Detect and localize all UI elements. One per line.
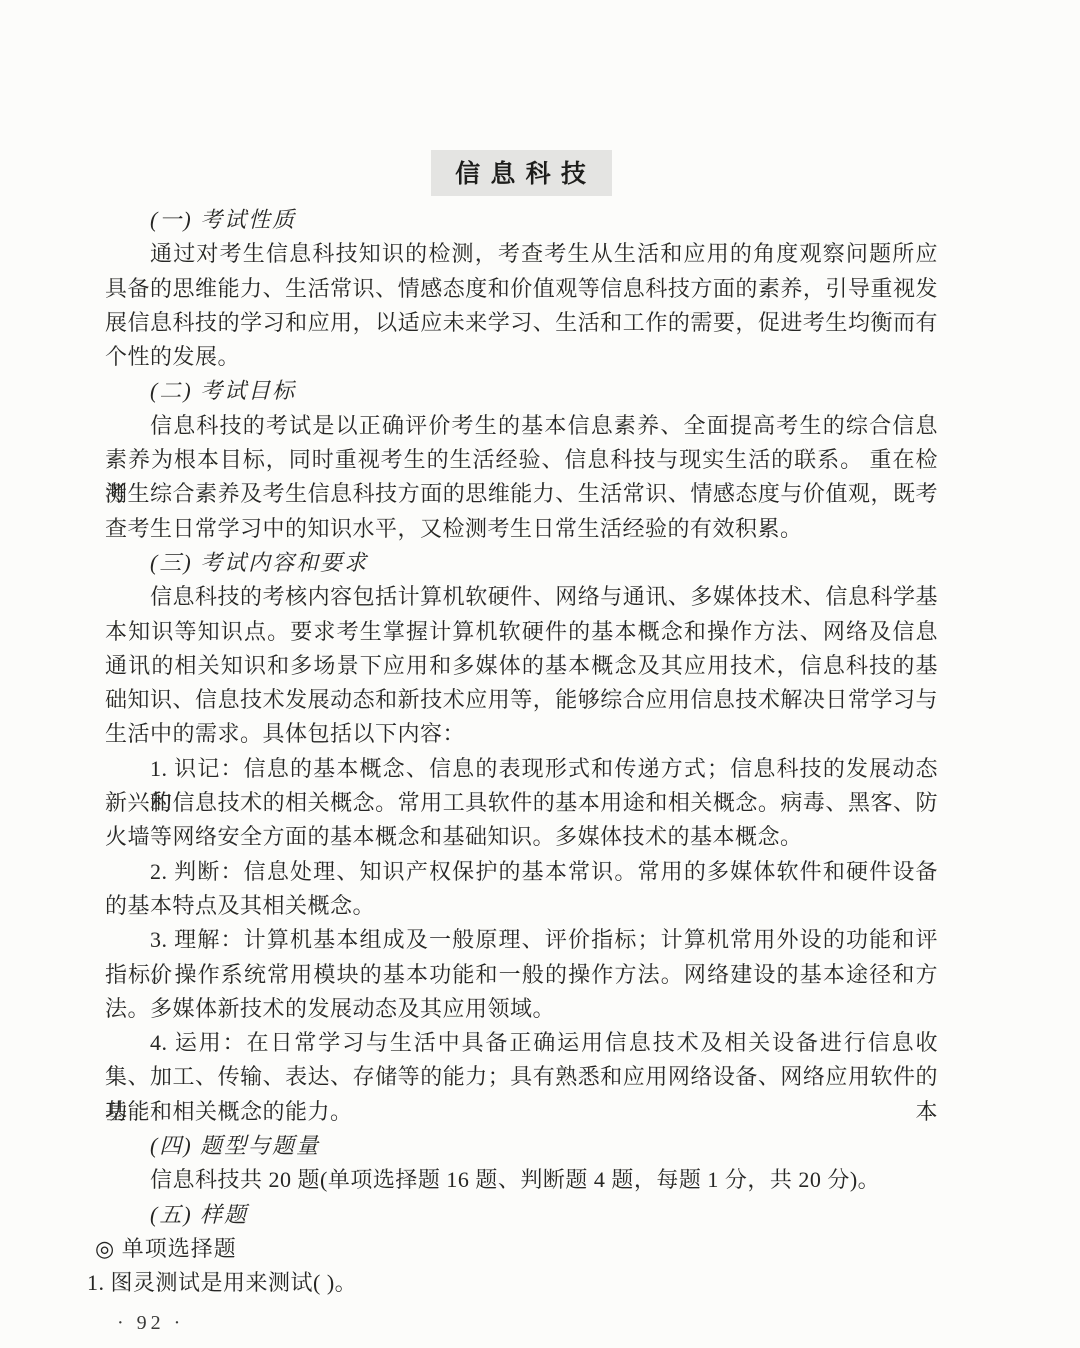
text-line: 新兴的信息技术的相关概念。常用工具软件的基本用途和相关概念。病毒、黑客、防 xyxy=(105,786,938,820)
document-page: 信 息 科 技 (一) 考试性质 通过对考生信息科技知识的检测，考查考生从生活和… xyxy=(0,0,1080,1348)
text-line: 查考生日常学习中的知识水平，又检测考生日常生活经验的有效积累。 xyxy=(105,512,938,546)
text-line: 4. 运用：在日常学习与生活中具备正确运用信息技术及相关设备进行信息收 xyxy=(105,1026,938,1060)
section-heading: (五) 样题 xyxy=(105,1198,938,1232)
text-line: 素养为根本目标，同时重视考生的生活经验、信息科技与现实生活的联系。 重在检测 xyxy=(105,443,938,477)
text-line: 3. 理解：计算机基本组成及一般原理、评价指标；计算机常用外设的功能和评价 xyxy=(105,923,938,957)
text-line: 展信息科技的学习和应用，以适应未来学习、生活和工作的需要，促进考生均衡而有 xyxy=(105,306,938,340)
text-line: 通过对考生信息科技知识的检测，考查考生从生活和应用的角度观察问题所应 xyxy=(105,237,938,271)
chapter-title: 信 息 科 技 xyxy=(431,150,612,196)
text-line: 1. 识记：信息的基本概念、信息的表现形式和传递方式；信息科技的发展动态和 xyxy=(105,752,938,786)
section-heading: (四) 题型与题量 xyxy=(105,1129,938,1163)
text-line: 2. 判断：信息处理、知识产权保护的基本常识。常用的多媒体软件和硬件设备 xyxy=(105,855,938,889)
question-type-marker: ◎ 单项选择题 xyxy=(95,1232,938,1266)
section-heading: (二) 考试目标 xyxy=(105,374,938,408)
body-text: (一) 考试性质 通过对考生信息科技知识的检测，考查考生从生活和应用的角度观察问… xyxy=(105,203,938,1301)
text-line: 信息科技的考核内容包括计算机软硬件、网络与通讯、多媒体技术、信息科学基 xyxy=(105,580,938,614)
content-column: 信 息 科 技 (一) 考试性质 通过对考生信息科技知识的检测，考查考生从生活和… xyxy=(105,0,938,1301)
page-number: · 92 · xyxy=(117,1312,184,1335)
text-line: 个性的发展。 xyxy=(105,340,938,374)
text-line: 的基本特点及其相关概念。 xyxy=(105,889,938,923)
text-line: 具备的思维能力、生活常识、情感态度和价值观等信息科技方面的素养，引导重视发 xyxy=(105,272,938,306)
text-line: 生活中的需求。具体包括以下内容： xyxy=(105,717,938,751)
text-line: 础知识、信息技术发展动态和新技术应用等，能够综合应用信息技术解决日常学习与 xyxy=(105,683,938,717)
text-line: 火墙等网络安全方面的基本概念和基础知识。多媒体技术的基本概念。 xyxy=(105,820,938,854)
section-heading: (一) 考试性质 xyxy=(105,203,938,237)
text-line: 法。多媒体新技术的发展动态及其应用领域。 xyxy=(105,992,938,1026)
section-heading: (三) 考试内容和要求 xyxy=(105,546,938,580)
text-line: 本知识等知识点。要求考生掌握计算机软硬件的基本概念和操作方法、网络及信息 xyxy=(105,615,938,649)
text-line: 信息科技的考试是以正确评价考生的基本信息素养、全面提高考生的综合信息 xyxy=(105,409,938,443)
text-line: 信息科技共 20 题(单项选择题 16 题、判断题 4 题，每题 1 分，共 2… xyxy=(105,1163,938,1197)
text-line: 集、加工、传输、表达、存储等的能力；具有熟悉和应用网络设备、网络应用软件的基本 xyxy=(105,1060,938,1094)
text-line: 指标。操作系统常用模块的基本功能和一般的操作方法。网络建设的基本途径和方 xyxy=(105,958,938,992)
text-line: 考生综合素养及考生信息科技方面的思维能力、生活常识、情感态度与价值观，既考 xyxy=(105,477,938,511)
text-line: 通讯的相关知识和多场景下应用和多媒体的基本概念及其应用技术，信息科技的基 xyxy=(105,649,938,683)
chapter-title-row: 信 息 科 技 xyxy=(105,150,938,188)
question-line: 1. 图灵测试是用来测试( )。 xyxy=(87,1266,938,1300)
